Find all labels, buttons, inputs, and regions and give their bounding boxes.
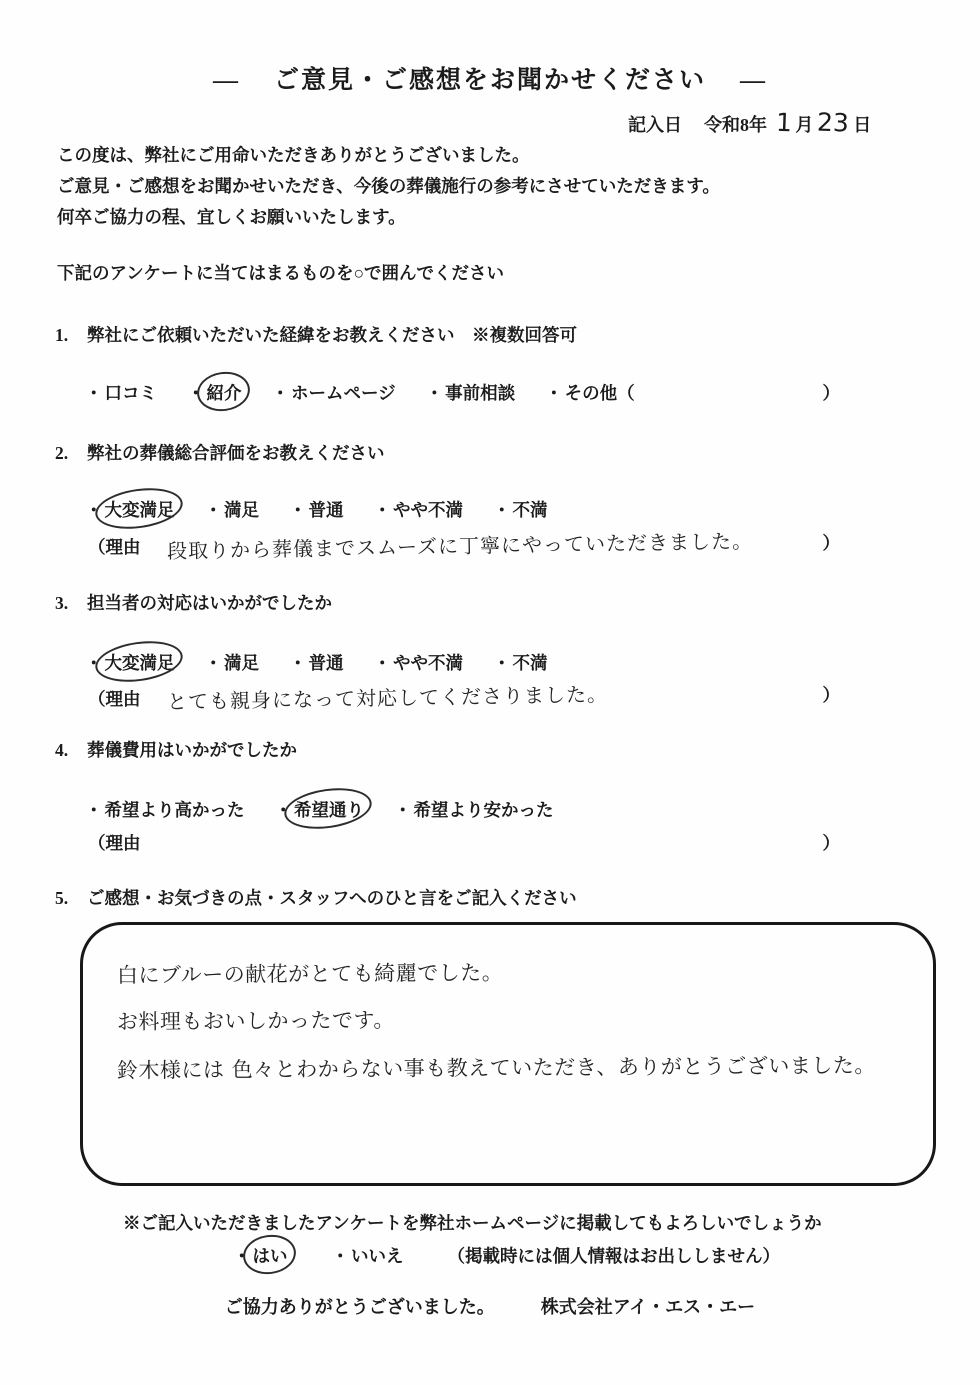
question-2-number: 2. — [55, 443, 87, 464]
question-5-heading: 5.ご感想・お気づきの点・スタッフへのひと言をご記入ください — [55, 885, 577, 910]
company-name: 株式会社アイ・エス・エー — [541, 1297, 755, 1317]
comment-line-2: お料理もおいしかったです。 — [117, 997, 395, 1046]
month-value-handwritten: 1 — [771, 108, 796, 138]
option-kuchikomi: ・口コミ — [85, 380, 157, 405]
day-value-handwritten: 23 — [813, 107, 854, 137]
title-dash-right: ― — [740, 67, 767, 94]
question-4-options: ・希望より高かった ・希望通り ・希望より安かった — [85, 797, 554, 822]
question-2-reason: （理由段取りから葬儀までスムーズに丁寧にやっていただきました。 ） — [88, 530, 840, 559]
question-3-number: 3. — [55, 593, 87, 614]
circle-annotation: 紹介 — [207, 380, 242, 405]
question-4-reason: （理由 ） — [88, 830, 840, 855]
publish-permission-note: ※ご記入いただきましたアンケートを弊社ホームページに掲載してもよろしいでしょうか — [123, 1210, 822, 1235]
q2-reason-label: （理由 — [88, 537, 141, 557]
question-1-number: 1. — [55, 325, 87, 346]
question-4-heading: 4.葬儀費用はいかがでしたか — [55, 737, 297, 762]
intro-line-3: 何卒ご協力の程、宜しくお願いいたします。 — [57, 202, 720, 233]
question-1-options: ・口コミ ・紹介 ・ホームページ ・事前相談 ・その他（ ） — [85, 380, 840, 405]
option-q2-yaya-fuman: ・やや不満 — [374, 497, 464, 522]
month-suffix: 月 — [795, 115, 813, 135]
page-title: ―ご意見・ご感想をお聞かせください― — [0, 60, 980, 96]
comment-line-3: 鈴木様には 色々とわからない事も教えていただき、ありがとうございました。 — [117, 1042, 876, 1094]
q4-close-paren: ） — [823, 830, 841, 855]
option-q2-manzoku: ・満足 — [205, 497, 260, 522]
thanks-text: ご協力ありがとうございました。 — [225, 1297, 495, 1317]
intro-paragraph: この度は、弊社にご用命いただきありがとうございました。 ご意見・ご感想をお聞かせ… — [57, 140, 720, 233]
option-q3-yaya-fuman: ・やや不満 — [374, 650, 464, 675]
q4-reason-label: （理由 — [88, 833, 141, 853]
circle-annotation: はい — [253, 1243, 288, 1268]
circle-annotation: 大変満足 — [105, 650, 175, 675]
title-dash-left: ― — [213, 67, 240, 94]
option-jizensodan: ・事前相談 — [426, 380, 516, 405]
option-q3-taihen-manzoku-circled: ・大変満足 — [85, 650, 175, 675]
question-2-options: ・大変満足 ・満足 ・普通 ・やや不満 ・不満 — [85, 497, 548, 522]
q3-close-paren: ） — [823, 682, 841, 707]
option-q4-kibodori-circled: ・希望通り — [275, 797, 365, 822]
q3-reason-handwritten: とても親身になって対応してくださりました。 — [166, 678, 607, 715]
survey-form-page: ―ご意見・ご感想をお聞かせください― 記入日令和8年 1月23日 この度は、弊社… — [0, 0, 980, 1385]
question-1-heading: 1.弊社にご依頼いただいた経緯をお教えください ※複数回答可 — [55, 322, 577, 347]
day-suffix: 日 — [853, 115, 871, 135]
circle-annotation: 希望通り — [294, 797, 364, 822]
survey-instruction: 下記のアンケートに当てはまるものを○で囲んでください — [57, 260, 504, 285]
fill-date: 記入日令和8年 1月23日 — [628, 108, 871, 137]
intro-line-1: この度は、弊社にご用命いただきありがとうございました。 — [57, 140, 720, 171]
question-3-reason: （理由とても親身になって対応してくださりました。 ） — [88, 682, 840, 711]
question-3-text: 担当者の対応はいかがでしたか — [87, 593, 332, 613]
option-q3-futsuu: ・普通 — [289, 650, 344, 675]
intro-line-2: ご意見・ご感想をお聞かせいただき、今後の葬儀施行の参考にさせていただきます。 — [57, 171, 720, 202]
option-q2-futsuu: ・普通 — [289, 497, 344, 522]
q3-reason-label: （理由 — [88, 689, 141, 709]
question-1-text: 弊社にご依頼いただいた経緯をお教えください ※複数回答可 — [87, 325, 577, 345]
q2-reason-handwritten: 段取りから葬儀までスムーズに丁寧にやっていただきました。 — [166, 525, 752, 564]
option-q2-taihen-manzoku-circled: ・大変満足 — [85, 497, 175, 522]
q1-close-paren: ） — [823, 380, 841, 405]
option-q3-manzoku: ・満足 — [205, 650, 260, 675]
option-sonota: ・その他（ — [545, 380, 635, 405]
privacy-note: （掲載時には個人情報はお出ししません） — [448, 1243, 781, 1268]
circle-annotation: 大変満足 — [105, 497, 175, 522]
question-4-number: 4. — [55, 740, 87, 761]
era-year: 令和8年 — [704, 115, 767, 135]
question-5-text: ご感想・お気づきの点・スタッフへのひと言をご記入ください — [87, 888, 577, 908]
option-iie: ・いいえ — [332, 1243, 404, 1268]
question-3-heading: 3.担当者の対応はいかがでしたか — [55, 590, 332, 615]
option-q2-fuman: ・不満 — [493, 497, 548, 522]
question-2-text: 弊社の葬儀総合評価をお教えください — [87, 443, 385, 463]
publish-permission-options: ・はい ・いいえ （掲載時には個人情報はお出ししません） — [233, 1243, 780, 1268]
question-3-options: ・大変満足 ・満足 ・普通 ・やや不満 ・不満 — [85, 650, 548, 675]
option-homepage: ・ホームページ — [272, 380, 396, 405]
q2-close-paren: ） — [823, 530, 841, 555]
option-q4-takakatta: ・希望より高かった — [85, 797, 245, 822]
comment-line-1: 白にブルーの献花がとても綺麗でした。 — [117, 950, 503, 1000]
option-q4-yasukatta: ・希望より安かった — [394, 797, 554, 822]
option-hai-circled: ・はい — [233, 1243, 288, 1268]
title-text: ご意見・ご感想をお聞かせください — [274, 67, 706, 94]
comment-box: 白にブルーの献花がとても綺麗でした。 お料理もおいしかったです。 鈴木様には 色… — [80, 922, 936, 1186]
option-q3-fuman: ・不満 — [493, 650, 548, 675]
option-shokai-circled: ・紹介 — [187, 380, 242, 405]
question-2-heading: 2.弊社の葬儀総合評価をお教えください — [55, 440, 385, 465]
question-4-text: 葬儀費用はいかがでしたか — [87, 740, 297, 760]
comment-lines: 白にブルーの献花がとても綺麗でした。 お料理もおいしかったです。 鈴木様には 色… — [117, 951, 876, 1092]
question-5-number: 5. — [55, 888, 87, 909]
fill-date-label: 記入日 — [628, 115, 682, 135]
closing-line: ご協力ありがとうございました。株式会社アイ・エス・エー — [0, 1293, 980, 1319]
